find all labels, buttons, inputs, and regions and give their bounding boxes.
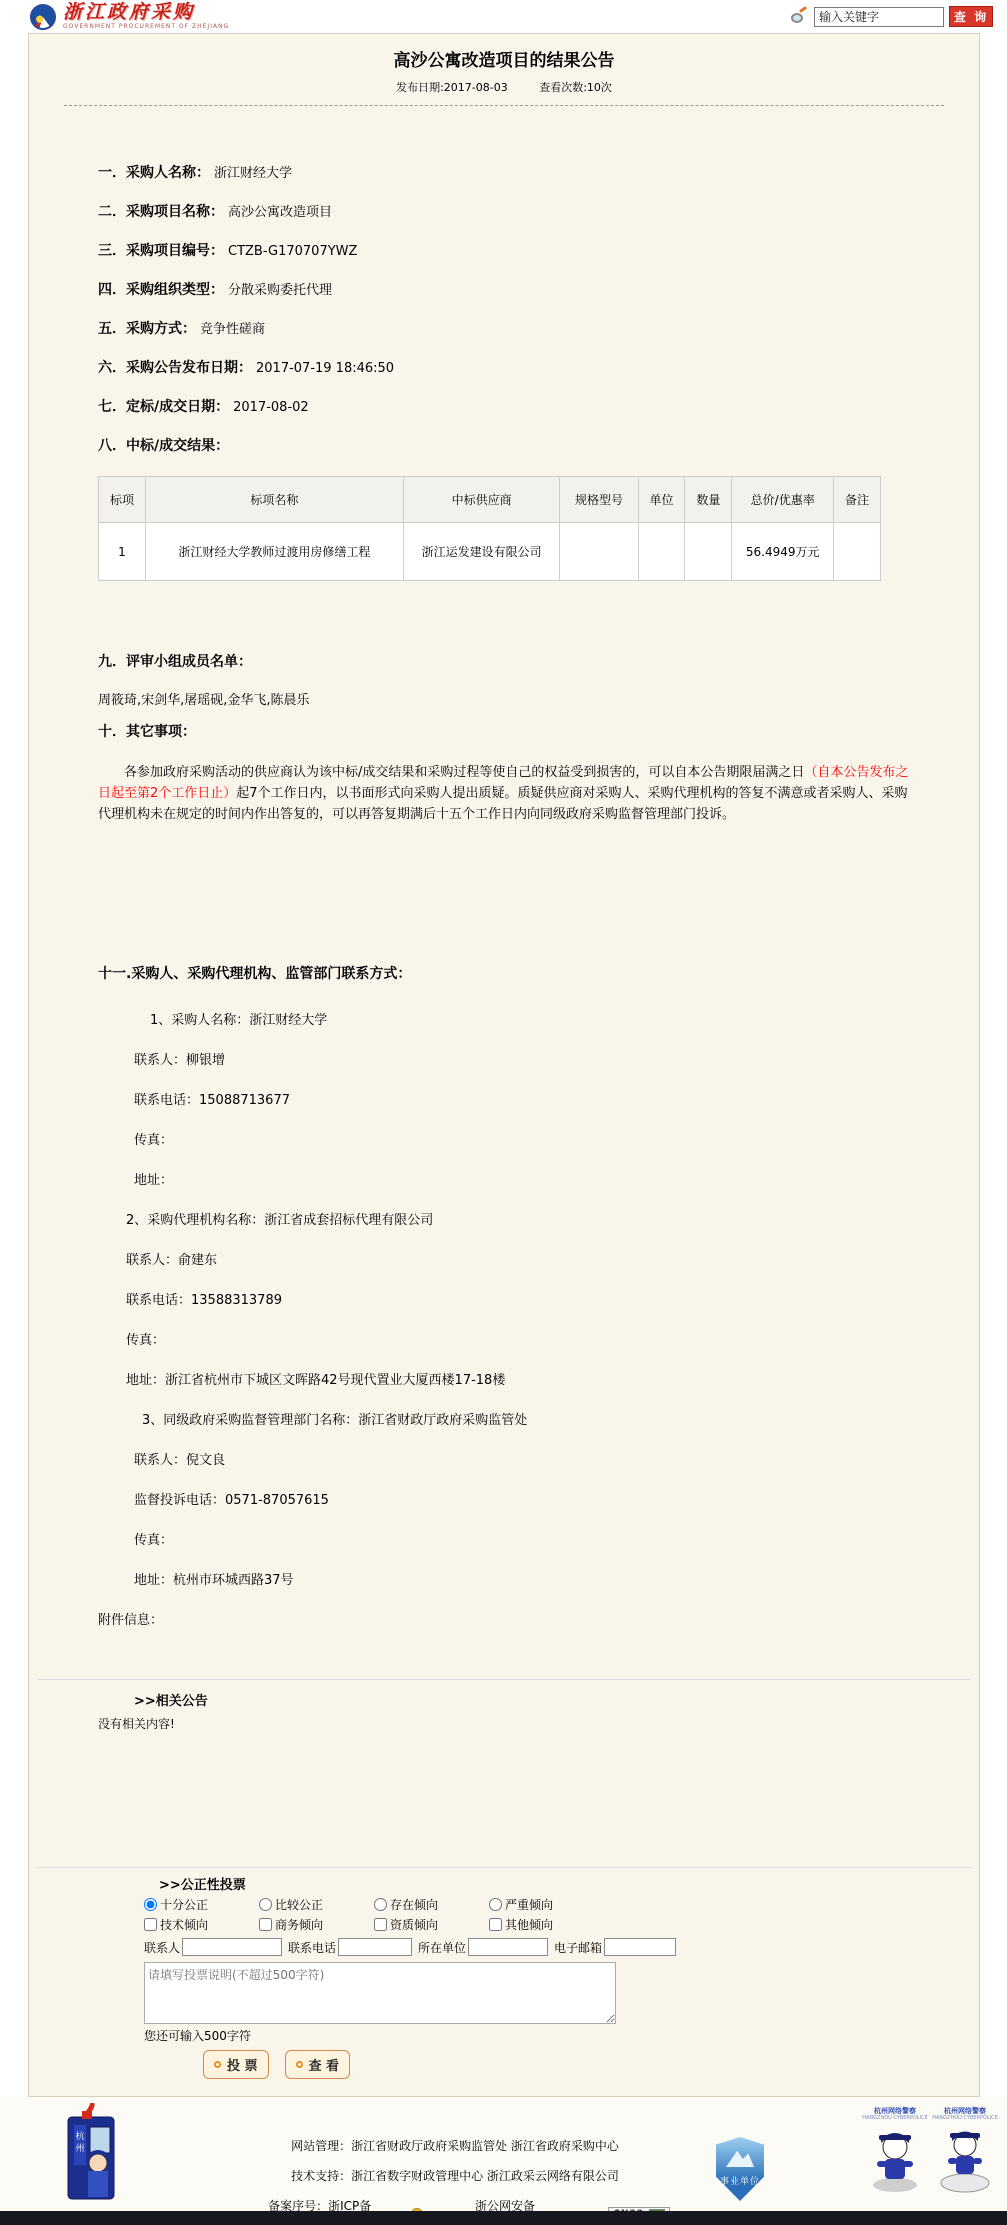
contact-line: 1、采购人名称：浙江财经大学 [150, 1013, 910, 1029]
item-other: 十．其它事项： [98, 723, 910, 742]
search-button[interactable]: 查 询 [949, 6, 993, 27]
vote-checkbox-row: 技术倾向 商务倾向 资质倾向 其他倾向 [144, 1916, 971, 1933]
hangzhou-police-booth-icon: 杭 州 [38, 2103, 158, 2207]
radio-fairly-fair-input[interactable] [259, 1898, 272, 1911]
item-purchaser: 一．采购人名称：浙江财经大学 [98, 164, 910, 183]
item-jury: 九．评审小组成员名单： [98, 653, 910, 672]
table-header-row: 标项 标项名称 中标供应商 规格型号 单位 数量 总价/优惠率 备注 [99, 477, 881, 523]
contact-line: 监督投诉电话：0571-87057615 [134, 1493, 910, 1509]
checkbox-tech-bias[interactable]: 技术倾向 [144, 1916, 259, 1933]
related-heading: >>相关公告 [134, 1690, 971, 1709]
item-org-type: 四．采购组织类型：分散采购委托代理 [98, 281, 910, 300]
radio-very-fair[interactable]: 十分公正 [144, 1896, 259, 1913]
search-input[interactable] [814, 7, 944, 27]
work-unit-label: 所在单位 [418, 1939, 466, 1956]
cyber-police-mascots: 杭州网络警察 HANGZHOU CYBERPOLICE 杭州网络警察 HANGZ… [858, 2107, 998, 2197]
other-paragraph: 各参加政府采购活动的供应商认为该中标/成交结果和采购过程等使自己的权益受到损害的… [98, 762, 910, 825]
contact-line: 地址：浙江省杭州市下城区文晖路42号现代置业大厦西楼17-18楼 [126, 1373, 910, 1389]
police-figure-icon [867, 2121, 923, 2193]
work-unit-field[interactable] [468, 1938, 548, 1956]
vote-heading: >>公正性投票 [159, 1874, 971, 1893]
contact-name-label: 联系人 [144, 1939, 180, 1956]
bullet-icon [214, 2061, 221, 2068]
logo-title: 浙江政府采购 [63, 3, 229, 22]
cyber-police-mascot: 杭州网络警察 HANGZHOU CYBERPOLICE [862, 2107, 928, 2197]
contact-name-field[interactable] [182, 1938, 282, 1956]
footer-support-line: 技术支持：浙江省数字财政管理中心 浙江政采云网络有限公司 [240, 2167, 670, 2184]
contact-line: 地址：杭州市环城西路37号 [134, 1573, 910, 1589]
contact-line: 传真： [126, 1333, 910, 1349]
fairness-vote-section: >>公正性投票 十分公正 比较公正 存在倾向 严重倾向 技术倾向 [37, 1867, 971, 2079]
logo-subtitle: GOVERNMENT PROCUREMENT OF ZHEJIANG [63, 24, 229, 30]
radio-fairly-fair[interactable]: 比较公正 [259, 1896, 374, 1913]
checkbox-business-bias-input[interactable] [259, 1918, 272, 1931]
vote-submit-button[interactable]: 投 票 [203, 2050, 269, 2079]
contact-phone-label: 联系电话 [288, 1939, 336, 1956]
radio-some-bias[interactable]: 存在倾向 [374, 1896, 489, 1913]
contact-line: 联系人：倪文良 [134, 1453, 910, 1469]
page-footer: 杭 州 网站管理：浙江省财政厅政府采购监管处 浙江省政府采购中心 技术支持：浙江… [0, 2097, 1007, 2211]
checkbox-qualification-bias-input[interactable] [374, 1918, 387, 1931]
result-table: 标项 标项名称 中标供应商 规格型号 单位 数量 总价/优惠率 备注 1 浙江财… [98, 476, 881, 581]
contact-line: 传真： [134, 1533, 910, 1549]
cyber-police-mascot: 杭州网络警察 HANGZHOU CYBERPOLICE [932, 2107, 998, 2197]
public-institution-shield-icon: 事业单位 [716, 2137, 764, 2201]
svg-text:州: 州 [75, 2142, 84, 2154]
radio-very-fair-input[interactable] [144, 1898, 157, 1911]
checkbox-tech-bias-input[interactable] [144, 1918, 157, 1931]
vote-fields-row: 联系人 联系电话 所在单位 电子邮箱 [144, 1938, 971, 1956]
page-title: 高沙公寓改造项目的结果公告 [29, 46, 979, 71]
item-announce-date: 六．采购公告发布日期：2017-07-19 18:46:50 [98, 359, 910, 378]
char-count-hint: 您还可输入500字符 [144, 2027, 971, 2044]
checkbox-other-bias-input[interactable] [489, 1918, 502, 1931]
item-project-name: 二．采购项目名称：高沙公寓改造项目 [98, 203, 910, 222]
bullet-icon [296, 2061, 303, 2068]
email-label: 电子邮箱 [554, 1939, 602, 1956]
footer-management-line: 网站管理：浙江省财政厅政府采购监管处 浙江省政府采购中心 [240, 2137, 670, 2154]
contact-line: 2、采购代理机构名称：浙江省成套招标代理有限公司 [126, 1213, 910, 1229]
radio-severe-bias[interactable]: 严重倾向 [489, 1896, 604, 1913]
checkbox-business-bias[interactable]: 商务倾向 [259, 1916, 374, 1933]
related-empty-text: 没有相关内容! [98, 1715, 971, 1732]
attachments-label: 附件信息： [98, 1613, 910, 1629]
item-award-date: 七．定标/成交日期：2017-08-02 [98, 398, 910, 417]
search-icon [790, 8, 808, 26]
view-count: 查看次数:10次 [539, 81, 612, 94]
article-meta: 发布日期:2017-08-03 查看次数:10次 [29, 79, 979, 95]
contact-line: 3、同级政府采购监督管理部门名称：浙江省财政厅政府采购监管处 [142, 1413, 910, 1429]
email-field[interactable] [604, 1938, 676, 1956]
item-result: 八．中标/成交结果： [98, 437, 910, 456]
contact-heading: 十一.采购人、采购代理机构、监管部门联系方式： [98, 963, 910, 983]
contact-line: 联系电话：15088713677 [134, 1093, 910, 1109]
logo-emblem-icon [30, 4, 56, 30]
related-announcements-section: >>相关公告 没有相关内容! [37, 1679, 971, 1867]
publish-date: 发布日期:2017-08-03 [396, 81, 508, 94]
svg-text:杭: 杭 [75, 2130, 84, 2142]
contact-line: 传真： [134, 1133, 910, 1149]
contact-line: 联系人：俞建东 [126, 1253, 910, 1269]
checkbox-qualification-bias[interactable]: 资质倾向 [374, 1916, 489, 1933]
item-method: 五．采购方式：竞争性磋商 [98, 320, 910, 339]
checkbox-other-bias[interactable]: 其他倾向 [489, 1916, 604, 1933]
vote-comment-textarea[interactable] [144, 1962, 616, 2024]
contact-line: 联系电话：13588313789 [126, 1293, 910, 1309]
item-project-code: 三．采购项目编号：CTZB-G170707YWZ [98, 242, 910, 261]
vote-view-button[interactable]: 查 看 [285, 2050, 351, 2079]
announcement-panel: 高沙公寓改造项目的结果公告 发布日期:2017-08-03 查看次数:10次 一… [28, 33, 980, 2097]
dashed-divider [64, 105, 944, 106]
vote-radio-row: 十分公正 比较公正 存在倾向 严重倾向 [144, 1896, 971, 1913]
bottom-dark-bar [0, 2211, 1007, 2225]
table-row: 1 浙江财经大学教师过渡用房修缮工程 浙江运发建设有限公司 56.4949万元 [99, 523, 881, 581]
jury-names: 周筱琦,宋剑华,屠瑶砚,金华飞,陈晨乐 [98, 692, 910, 710]
top-bar: 浙江政府采购 GOVERNMENT PROCUREMENT OF ZHEJIAN… [0, 0, 1007, 33]
radio-severe-bias-input[interactable] [489, 1898, 502, 1911]
contact-phone-field[interactable] [338, 1938, 412, 1956]
contact-line: 联系人：柳银增 [134, 1053, 910, 1069]
site-logo[interactable]: 浙江政府采购 GOVERNMENT PROCUREMENT OF ZHEJIAN… [30, 3, 229, 30]
police-figure-icon [937, 2121, 993, 2193]
contact-line: 地址： [134, 1173, 910, 1189]
search-area: 查 询 [790, 6, 993, 27]
vote-buttons: 投 票 查 看 [203, 2050, 971, 2079]
article-body: 一．采购人名称：浙江财经大学 二．采购项目名称：高沙公寓改造项目 三．采购项目编… [98, 164, 910, 1629]
radio-some-bias-input[interactable] [374, 1898, 387, 1911]
